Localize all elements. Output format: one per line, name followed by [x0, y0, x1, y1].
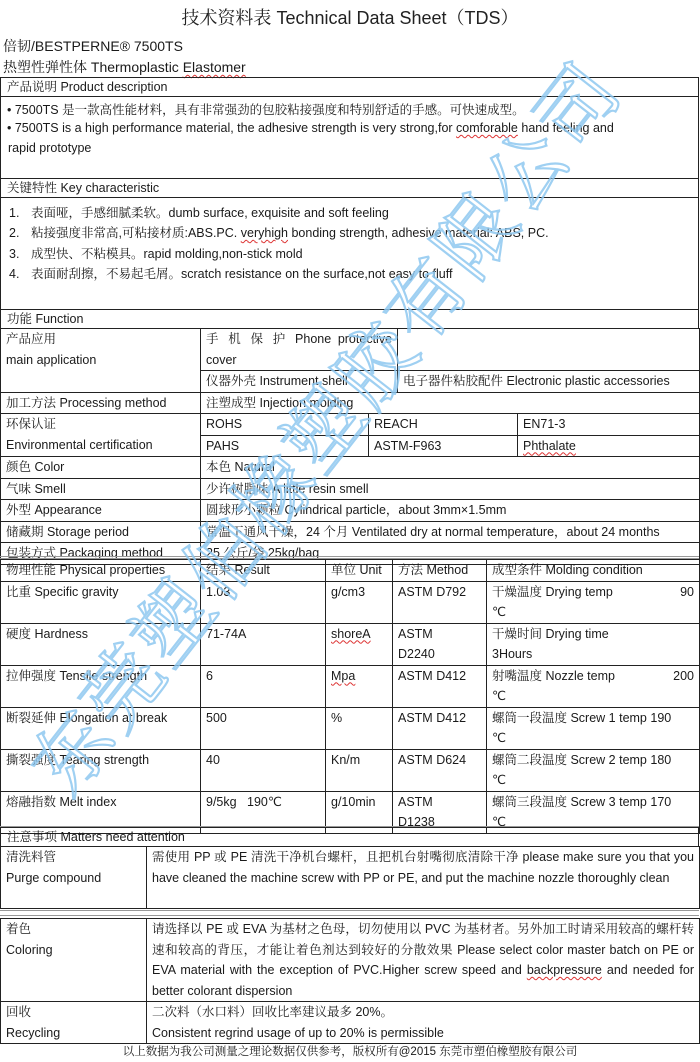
property-name: 比重 Specific gravity: [1, 581, 201, 623]
key-item-2: 2.粘接强度非常高,可粘接材质:ABS.PC. veryhigh bonding…: [9, 223, 549, 241]
page-title: 技术资料表 Technical Data Sheet（TDS）: [0, 4, 700, 30]
section-divider: [0, 910, 699, 916]
key-item-4: 4.表面耐刮擦，不易起毛屑。scratch resistance on the …: [9, 264, 452, 282]
molding-condition: 干燥时间 Drying time3Hours: [487, 623, 700, 665]
color-value: 本色 Natural: [201, 457, 700, 479]
property-unit: shoreA: [326, 623, 393, 665]
app-phone: 手 机 保 护 Phone protectivecover: [201, 329, 398, 371]
storage-value: 常温下通风干燥，24 个月 Ventilated dry at normal t…: [201, 521, 700, 543]
recycling-label: 回收Recycling: [1, 1002, 147, 1044]
function-heading: 功能 Function: [0, 309, 699, 329]
storage-label: 储藏期 Storage period: [1, 521, 201, 543]
property-result: 71-74A: [201, 623, 326, 665]
header-method: 方法 Method: [393, 560, 487, 582]
molding-condition: 干燥温度 Drying temp90℃: [487, 581, 700, 623]
app-electronic: 电子器件粘胶配件 Electronic plastic accessories: [398, 371, 700, 393]
footer-copyright: 以上数据为我公司测量之理论数据仅供参考，版权所有@2015 东莞市塑伯橡塑胶有限…: [0, 1043, 700, 1059]
app-instrument: 仪器外壳 Instrument shell: [201, 371, 398, 393]
cert-en71: EN71-3: [518, 414, 700, 436]
physical-header-row: 物理性能 Physical properties 结果 Result 单位 Un…: [1, 560, 700, 582]
physical-row: 硬度 Hardness71-74AshoreAASTMD2240干燥时间 Dry…: [1, 623, 700, 665]
property-unit: Mpa: [326, 665, 393, 707]
purge-text: 需使用 PP 或 PE 清洗干净机台螺杆，且把机台射嘴彻底清除干净 please…: [147, 847, 700, 909]
coloring-label: 着色Coloring: [1, 919, 147, 1002]
header-unit: 单位 Unit: [326, 560, 393, 582]
processing-label: 加工方法 Processing method: [1, 392, 201, 414]
description-en: • 7500TS is a high performance material,…: [7, 121, 693, 135]
property-name: 撕裂强度 Tearing strength: [1, 749, 201, 791]
app-empty: [398, 329, 700, 371]
product-description-box: • 7500TS 是一款高性能材料，具有非常强劲的包胶粘接强度和特别舒适的手感。…: [0, 96, 699, 179]
recycling-text: 二次料（水口料）回收比率建议最多 20%。Consistent regrind …: [147, 1002, 700, 1044]
property-name: 硬度 Hardness: [1, 623, 201, 665]
physical-row: 撕裂强度 Tearing strength40Kn/mASTM D624螺筒二段…: [1, 749, 700, 791]
header-properties: 物理性能 Physical properties: [1, 560, 201, 582]
key-characteristic-heading: 关键特性 Key characteristic: [0, 178, 699, 198]
brand-line: 倍韧/BESTPERNE® 7500TS: [3, 36, 183, 56]
property-unit: %: [326, 707, 393, 749]
property-result: 40: [201, 749, 326, 791]
property-name: 断裂延伸 Elongation at break: [1, 707, 201, 749]
cert-astm: ASTM-F963: [369, 435, 518, 457]
property-result: 500: [201, 707, 326, 749]
purge-label: 清洗料管Purge compound: [1, 847, 147, 909]
cert-phthalate: Phthalate: [518, 435, 700, 457]
description-en-cont: rapid prototype: [8, 141, 91, 155]
property-method: ASTM D792: [393, 581, 487, 623]
property-method: ASTM D412: [393, 665, 487, 707]
physical-row: 断裂延伸 Elongation at break500%ASTM D412螺筒一…: [1, 707, 700, 749]
category-line: 热塑性弹性体 Thermoplastic Elastomer: [3, 57, 246, 77]
category-en: Elastomer: [183, 59, 246, 75]
physical-row: 比重 Specific gravity1.03g/cm3ASTM D792干燥温…: [1, 581, 700, 623]
env-label: 环保认证Environmental certification: [1, 414, 201, 457]
cert-pahs: PAHS: [201, 435, 369, 457]
appearance-label: 外型 Appearance: [1, 500, 201, 522]
header-result: 结果 Result: [201, 560, 326, 582]
coloring-text: 请选择以 PE 或 EVA 为基材之色母，切勿使用以 PVC 为基材者。另外加工…: [147, 919, 700, 1002]
key-item-1: 1.表面哑，手感细腻柔软。dumb surface, exquisite and…: [9, 203, 389, 221]
coloring-table: 着色Coloring 请选择以 PE 或 EVA 为基材之色母，切勿使用以 PV…: [0, 918, 700, 1044]
description-cn: • 7500TS 是一款高性能材料，具有非常强劲的包胶粘接强度和特别舒适的手感。…: [7, 100, 525, 118]
processing-value: 注塑成型 Injection molding: [201, 392, 700, 414]
cert-rohs: ROHS: [201, 414, 369, 436]
property-name: 拉伸强度 Tensile strength: [1, 665, 201, 707]
main-application-label: 产品应用main application: [1, 329, 201, 393]
property-result: 1.03: [201, 581, 326, 623]
physical-properties-table: 物理性能 Physical properties 结果 Result 单位 Un…: [0, 559, 700, 834]
molding-condition: 射嘴温度 Nozzle temp200℃: [487, 665, 700, 707]
molding-condition: 螺筒一段温度 Screw 1 temp 190℃: [487, 707, 700, 749]
property-result: 6: [201, 665, 326, 707]
key-characteristic-box: 1.表面哑，手感细腻柔软。dumb surface, exquisite and…: [0, 197, 699, 310]
category-cn: 热塑性弹性体 Thermoplastic: [3, 59, 183, 75]
function-table: 产品应用main application 手 机 保 护 Phone prote…: [0, 328, 700, 565]
property-method: ASTM D624: [393, 749, 487, 791]
property-unit: Kn/m: [326, 749, 393, 791]
property-unit: g/cm3: [326, 581, 393, 623]
cert-reach: REACH: [369, 414, 518, 436]
header-molding: 成型条件 Molding condition: [487, 560, 700, 582]
purge-table: 清洗料管Purge compound 需使用 PP 或 PE 清洗干净机台螺杆，…: [0, 846, 700, 909]
color-label: 颜色 Color: [1, 457, 201, 479]
molding-condition: 螺筒二段温度 Screw 2 temp 180℃: [487, 749, 700, 791]
smell-label: 气味 Smell: [1, 478, 201, 500]
appearance-value: 圆球形小颗粒 Cylindrical particle，about 3mm×1.…: [201, 500, 700, 522]
product-description-heading: 产品说明 Product description: [0, 77, 699, 97]
property-method: ASTM D412: [393, 707, 487, 749]
smell-value: 少许树脂味 A little resin smell: [201, 478, 700, 500]
property-method: ASTMD2240: [393, 623, 487, 665]
attention-heading: 注意事项 Matters need attention: [0, 827, 699, 847]
physical-row: 拉伸强度 Tensile strength6MpaASTM D412射嘴温度 N…: [1, 665, 700, 707]
key-item-3: 3.成型快、不粘模具。rapid molding,non-stick mold: [9, 244, 303, 262]
